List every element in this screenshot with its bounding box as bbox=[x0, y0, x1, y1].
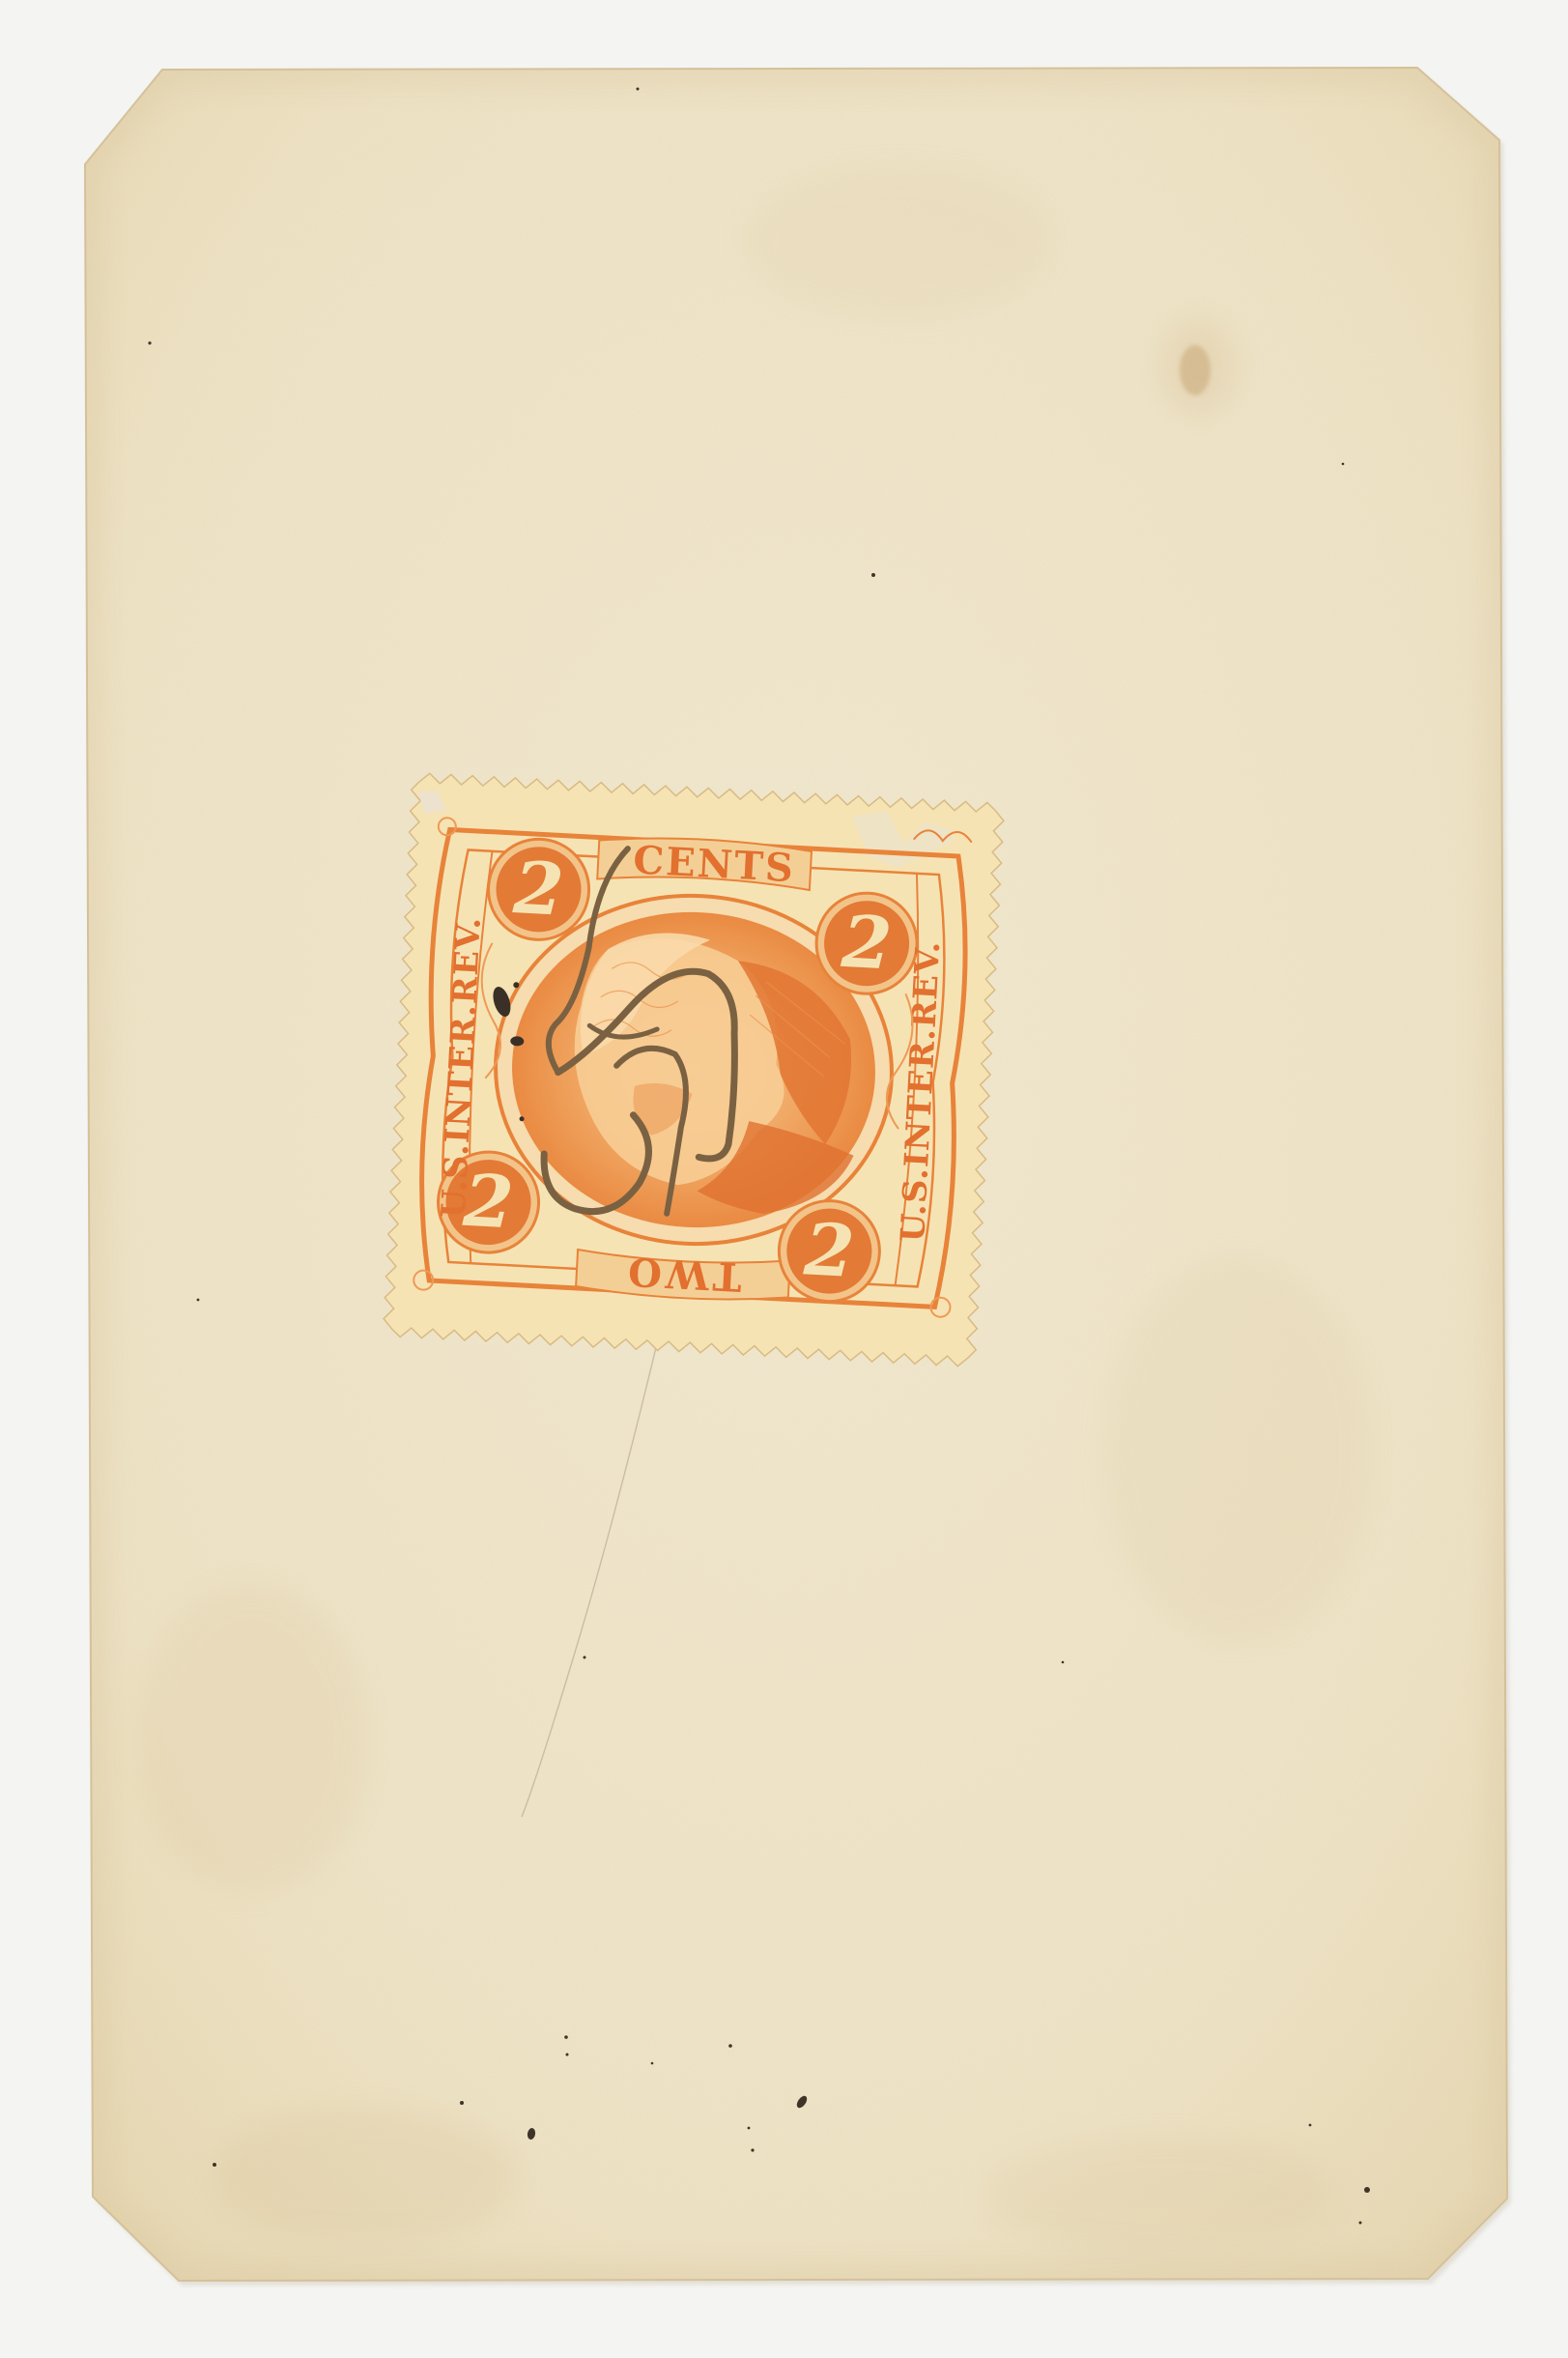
numeral-top-left: 2 bbox=[511, 847, 566, 933]
scene: 2 2 2 2 CENTS TWO U.S.INTER.REV. bbox=[0, 0, 1568, 2358]
revenue-stamp: 2 2 2 2 CENTS TWO U.S.INTER.REV. bbox=[383, 772, 1005, 1366]
numeral-bottom-right: 2 bbox=[801, 1208, 856, 1294]
numeral-top-right: 2 bbox=[839, 901, 894, 987]
stamp-bottom-text: TWO bbox=[623, 1249, 743, 1300]
stamp-top-text: CENTS bbox=[632, 837, 796, 891]
